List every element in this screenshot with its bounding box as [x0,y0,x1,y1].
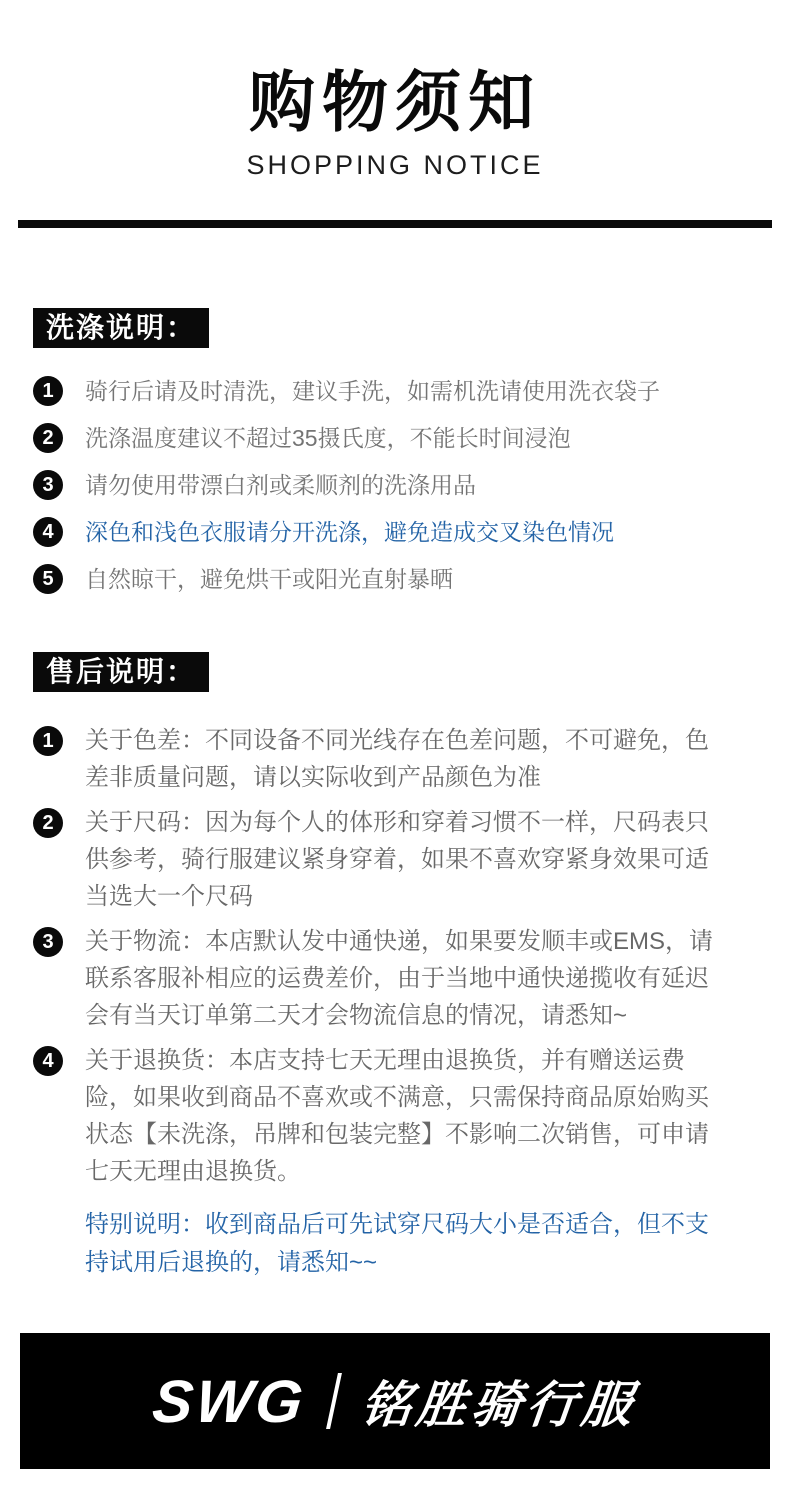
step-number-badge: 1 [33,376,63,406]
title-divider-bar [18,220,772,228]
washing-item-text: 深色和浅色衣服请分开洗涤，避免造成交叉染色情况 [85,517,614,547]
aftersales-item-text: 关于退换货：本店支持七天无理由退换货，并有赠送运费险，如果收到商品不喜欢或不满意… [85,1042,730,1190]
washing-item-text: 自然晾干，避免烘干或阳光直射暴晒 [85,564,453,594]
page-title: 购物须知 [0,66,790,138]
aftersales-item: 3 关于物流：本店默认发中通快递，如果要发顺丰或EMS，请联系客服补相应的运费差… [33,923,757,1034]
aftersales-item-text: 关于尺码：因为每个人的体形和穿着习惯不一样，尺码表只供参考，骑行服建议紧身穿着，… [85,804,730,915]
washing-list: 1 骑行后请及时清洗，建议手洗，如需机洗请使用洗衣袋子 2 洗涤温度建议不超过3… [33,376,757,594]
aftersales-item-text: 关于物流：本店默认发中通快递，如果要发顺丰或EMS，请联系客服补相应的运费差价，… [85,923,730,1034]
washing-item: 1 骑行后请及时清洗，建议手洗，如需机洗请使用洗衣袋子 [33,376,757,406]
step-number-badge: 4 [33,517,63,547]
step-number-badge: 2 [33,423,63,453]
title-block: 购物须知 SHOPPING NOTICE [0,0,790,180]
aftersales-section-header: 售后说明： [33,652,209,692]
aftersales-list: 1 关于色差：不同设备不同光线存在色差问题，不可避免，色差非质量问题，请以实际收… [33,722,757,1282]
aftersales-item-text: 关于色差：不同设备不同光线存在色差问题，不可避免，色差非质量问题，请以实际收到产… [85,722,730,796]
step-number-badge: 2 [33,808,63,838]
aftersales-item: 2 关于尺码：因为每个人的体形和穿着习惯不一样，尺码表只供参考，骑行服建议紧身穿… [33,804,757,915]
page-subtitle: SHOPPING NOTICE [0,150,790,180]
brand-footer-bar: SWG 铭胜骑行服 [20,1333,770,1469]
washing-item: 5 自然晾干，避免烘干或阳光直射暴晒 [33,564,757,594]
washing-item-text: 请勿使用带漂白剂或柔顺剂的洗涤用品 [85,470,476,500]
shopping-notice-page: 购物须知 SHOPPING NOTICE 洗涤说明： 1 骑行后请及时清洗，建议… [0,0,790,1500]
special-note: 特别说明：收到商品后可先试穿尺码大小是否适合，但不支持试用后退换的，请悉知~~ [85,1206,730,1282]
step-number-badge: 3 [33,927,63,957]
washing-section: 洗涤说明： 1 骑行后请及时清洗，建议手洗，如需机洗请使用洗衣袋子 2 洗涤温度… [0,308,790,594]
aftersales-item: 1 关于色差：不同设备不同光线存在色差问题，不可避免，色差非质量问题，请以实际收… [33,722,757,796]
washing-item: 2 洗涤温度建议不超过35摄氏度，不能长时间浸泡 [33,423,757,453]
brand-name-chinese: 铭胜骑行服 [358,1365,641,1437]
step-number-badge: 1 [33,726,63,756]
washing-section-header: 洗涤说明： [33,308,209,348]
brand-logo-swg: SWG [150,1367,310,1436]
washing-item: 4 深色和浅色衣服请分开洗涤，避免造成交叉染色情况 [33,517,757,547]
aftersales-section: 售后说明： 1 关于色差：不同设备不同光线存在色差问题，不可避免，色差非质量问题… [0,652,790,1282]
step-number-badge: 5 [33,564,63,594]
washing-item-text: 骑行后请及时清洗，建议手洗，如需机洗请使用洗衣袋子 [85,376,660,406]
aftersales-item: 4 关于退换货：本店支持七天无理由退换货，并有赠送运费险，如果收到商品不喜欢或不… [33,1042,757,1190]
washing-item: 3 请勿使用带漂白剂或柔顺剂的洗涤用品 [33,470,757,500]
step-number-badge: 4 [33,1046,63,1076]
logo-divider [326,1373,342,1429]
step-number-badge: 3 [33,470,63,500]
washing-item-text: 洗涤温度建议不超过35摄氏度，不能长时间浸泡 [85,423,571,453]
